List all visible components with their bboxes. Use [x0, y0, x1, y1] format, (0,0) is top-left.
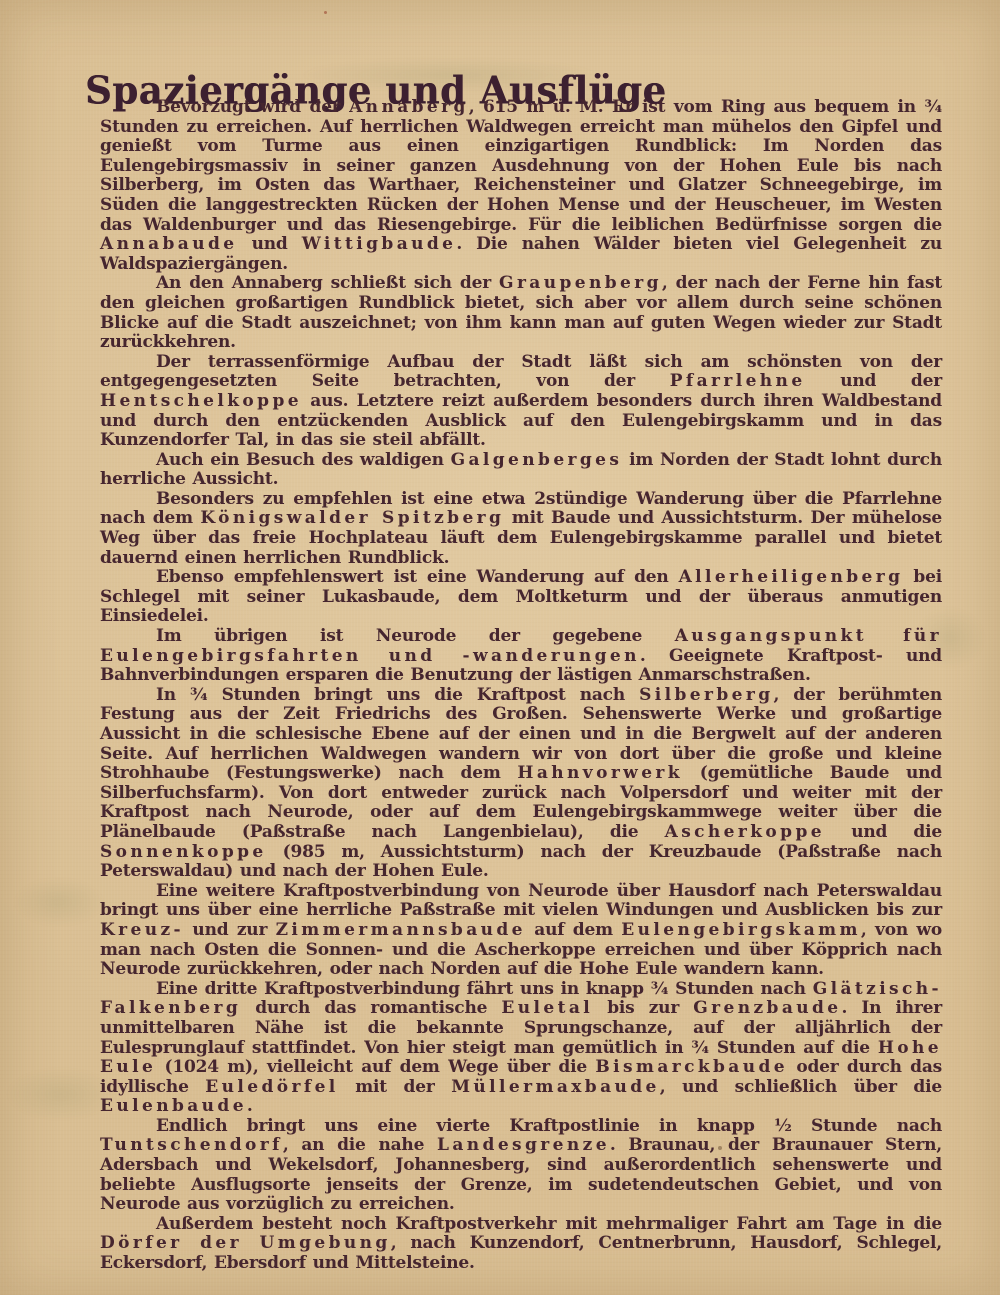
place-name-spaced: Hentschelkoppe [100, 391, 302, 411]
place-name-spaced: Kreuz- [100, 920, 184, 940]
text-run: An den Annaberg schließt sich der [156, 273, 499, 293]
text-run: und zur [184, 920, 276, 940]
place-name-spaced: Annaberg [349, 97, 469, 117]
paragraph: Auch ein Besuch des waldigen Galgenberge… [100, 451, 942, 490]
text-run: In ¾ Stunden bringt uns die Kraftpost na… [156, 685, 639, 705]
text-run: Im übrigen ist Neurode der gegebene [156, 626, 675, 646]
place-name-spaced: Grenzbaude [693, 998, 841, 1018]
place-name-spaced: Dörfer der Umgebung [100, 1233, 391, 1253]
place-name-spaced: Pfarrlehne [670, 371, 806, 391]
place-name-spaced: Allerheiligenberg [679, 567, 904, 587]
paragraph: Außerdem besteht noch Kraftpostverkehr m… [100, 1215, 942, 1274]
paragraph: Eine weitere Kraftpostverbindung von Neu… [100, 882, 942, 980]
place-name-spaced: Eulenbaude [100, 1096, 247, 1116]
paragraph: Besonders zu empfehlen ist eine etwa 2st… [100, 490, 942, 568]
bleedthrough-smudge [14, 878, 104, 926]
document-page: Spaziergänge und Ausflüge Bevorzugt wird… [0, 0, 1000, 1295]
place-name-spaced: Zimmermannsbaude [276, 920, 526, 940]
text-run: Eine dritte Kraftpostverbindung fährt un… [156, 979, 813, 999]
text-run: Ebenso empfehlenswert ist eine Wanderung… [156, 567, 679, 587]
text-run: und [238, 234, 302, 254]
place-name-spaced: Annabaude [100, 234, 238, 254]
place-name-spaced: Sonnenkoppe [100, 842, 267, 862]
place-name-spaced: Hahnvorwerk [517, 763, 683, 783]
place-name-spaced: Euledörfel [205, 1077, 338, 1097]
text-run: durch das romantische [241, 998, 501, 1018]
place-name-spaced: Müllermaxbaude [451, 1077, 660, 1097]
body-text: Bevorzugt wird der Annaberg, 615 m ü. M.… [100, 98, 942, 1274]
place-name-spaced: Königswalder Spitzberg [200, 508, 504, 528]
paragraph: Bevorzugt wird der Annaberg, 615 m ü. M.… [100, 98, 942, 274]
text-run: (1024 m), vielleicht auf dem Wege über d… [156, 1057, 595, 1077]
text-run: Endlich bringt uns eine vierte Kraftpost… [156, 1116, 942, 1136]
place-name-spaced: Euletal [501, 998, 593, 1018]
text-run: und der [806, 371, 942, 391]
text-run: , und schließlich über die [660, 1077, 942, 1097]
place-name-spaced: Ascherkoppe [665, 822, 825, 842]
text-run: Bevorzugt wird der [156, 97, 349, 117]
text-run: Eine weitere Kraftpostverbindung von Neu… [100, 881, 942, 921]
paper-speck [324, 11, 327, 14]
paragraph: Eine dritte Kraftpostverbindung fährt un… [100, 980, 942, 1117]
text-run: , 615 m ü. M. Er ist vom Ring aus bequem… [100, 97, 942, 235]
paragraph: Ebenso empfehlenswert ist eine Wanderung… [100, 568, 942, 627]
text-run: Außerdem besteht noch Kraftpostverkehr m… [156, 1214, 942, 1234]
paragraph: Im übrigen ist Neurode der gegebene Ausg… [100, 627, 942, 686]
text-run: auf dem [526, 920, 621, 940]
place-name-spaced: Silberberg [639, 685, 773, 705]
text-run: und die [825, 822, 942, 842]
paragraph: In ¾ Stunden bringt uns die Kraftpost na… [100, 686, 942, 882]
place-name-spaced: Bismarckbaude [595, 1057, 788, 1077]
text-run: mit der [339, 1077, 452, 1097]
text-run: Auch ein Besuch des waldigen [156, 450, 451, 470]
place-name-spaced: Galgenberges [451, 450, 623, 470]
place-name-spaced: Graupenberg [499, 273, 662, 293]
place-name-spaced: Eulengebirgskamm [621, 920, 861, 940]
place-name-spaced: Tuntschendorf [100, 1135, 283, 1155]
place-name-spaced: Wittigbaude [302, 234, 457, 254]
text-run: , an die nahe [283, 1135, 437, 1155]
paragraph: An den Annaberg schließt sich der Graupe… [100, 274, 942, 352]
place-name-spaced: Landesgrenze [437, 1135, 610, 1155]
paragraph: Der terrassenförmige Aufbau der Stadt lä… [100, 353, 942, 451]
text-run: . [247, 1096, 253, 1116]
paragraph: Endlich bringt uns eine vierte Kraftpost… [100, 1117, 942, 1215]
text-run: bis zur [593, 998, 693, 1018]
